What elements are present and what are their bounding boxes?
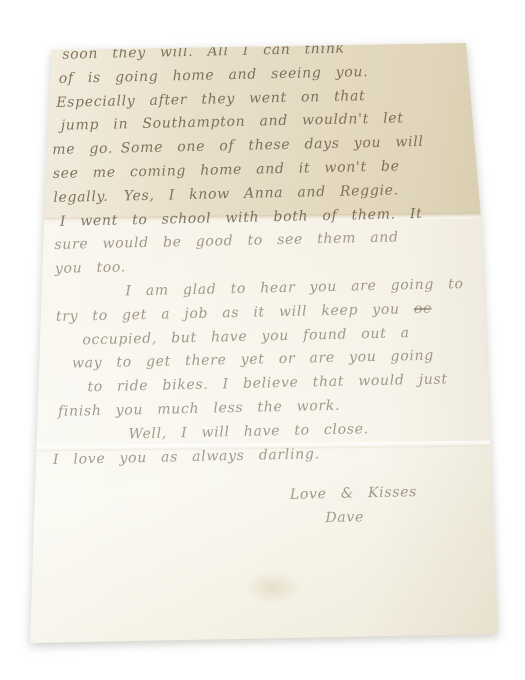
faint-smudge (245, 571, 301, 604)
letter-line: I love you as always darling. (53, 439, 504, 473)
struck-out-word: oc (414, 301, 432, 317)
letter-photo: soon they will. All I can thinkof is goi… (0, 0, 525, 680)
paper-shadow: soon they will. All I can thinkof is goi… (0, 0, 525, 680)
letter-text: soon they will. All I can thinkof is goi… (50, 34, 506, 537)
letter-paper: soon they will. All I can thinkof is goi… (0, 0, 525, 680)
letter-line: Dave (325, 503, 505, 531)
